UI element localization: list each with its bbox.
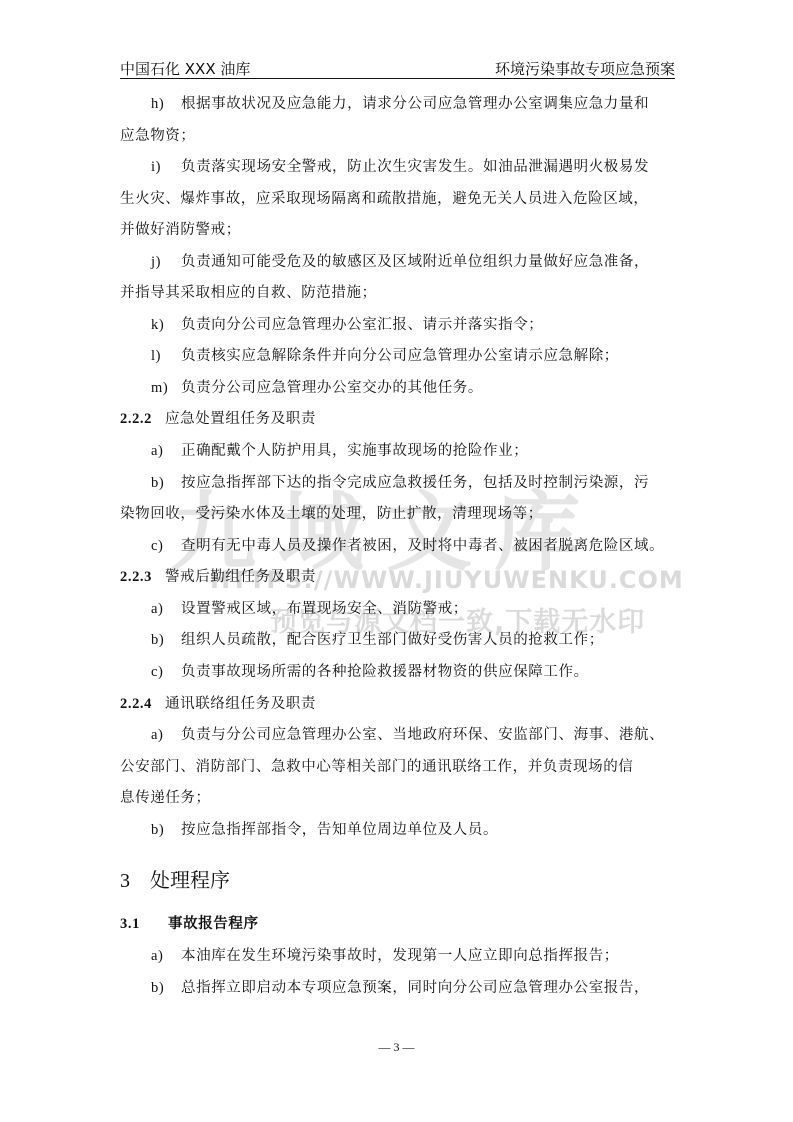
item-label: c) — [151, 536, 181, 556]
item-label: a) — [151, 946, 181, 966]
list-item-l: l)负责核实应急解除条件并向分公司应急管理办公室请示应急解除； — [151, 346, 711, 366]
list-item-continuation: 应急物资； — [120, 126, 680, 146]
item-text: 染物回收，受污染水体及土壤的处理，防止扩散，清理现场等； — [120, 506, 543, 522]
item-text: 按应急指挥部指令，告知单位周边单位及人员。 — [181, 822, 498, 838]
item-label: a) — [151, 441, 181, 461]
item-label: b) — [151, 978, 181, 998]
section-title: 应急处置组任务及职责 — [165, 411, 316, 427]
section-title: 处理程序 — [150, 868, 230, 892]
section-number: 3.1 — [120, 914, 152, 934]
header-document-title: 环境污染事故专项应急预案 — [495, 58, 675, 79]
item-label: k) — [151, 315, 181, 335]
item-label: a) — [151, 599, 181, 619]
page-header: 中国石化 XXX 油库 环境污染事故专项应急预案 — [120, 56, 675, 79]
item-label: j) — [151, 252, 181, 272]
item-text: 组织人员疏散，配合医疗卫生部门做好受伤害人员的抢救工作； — [181, 632, 604, 648]
list-item-b: b)按应急指挥部下达的指令完成应急救援任务，包括及时控制污染源，污 — [151, 473, 711, 493]
item-label: a) — [151, 725, 181, 745]
list-item-c: c)负责事故现场所需的各种抢险救援器材物资的供应保障工作。 — [151, 662, 711, 682]
item-label: b) — [151, 630, 181, 650]
item-text: 应急物资； — [120, 128, 196, 144]
item-text: 正确配戴个人防护用具，实施事故现场的抢险作业； — [181, 443, 528, 459]
item-text: 公安部门、消防部门、急救中心等相关部门的通讯联络工作，并负责现场的信 — [120, 759, 633, 775]
list-item-continuation: 并指导其采取相应的自救、防范措施； — [120, 283, 680, 303]
item-text: 负责落实现场安全警戒，防止次生灾害发生。如油品泄漏遇明火极易发 — [181, 159, 649, 175]
list-item-c: c)查明有无中毒人员及操作者被困，及时将中毒者、被困者脱离危险区域。 — [151, 536, 711, 556]
item-label: m) — [151, 378, 181, 398]
item-text: 查明有无中毒人员及操作者被困，及时将中毒者、被困者脱离危险区域。 — [181, 538, 664, 554]
section-title: 警戒后勤组任务及职责 — [165, 569, 316, 585]
list-item-m: m)负责分公司应急管理办公室交办的其他任务。 — [151, 378, 711, 398]
item-text: 负责分公司应急管理办公室交办的其他任务。 — [181, 380, 483, 396]
item-label: l) — [151, 346, 181, 366]
list-item-a: a)本油库在发生环境污染事故时，发现第一人应立即向总指挥报告； — [151, 946, 711, 966]
section-heading-3: 3处理程序 — [120, 864, 230, 893]
list-item-a: a)负责与分公司应急管理办公室、当地政府环保、安监部门、海事、港航、 — [151, 725, 711, 745]
item-text: 并做好消防警戒； — [120, 222, 241, 238]
subsection-heading-3-1: 3.1事故报告程序 — [120, 914, 680, 934]
item-label: i) — [151, 157, 181, 177]
list-item-k: k)负责向分公司应急管理办公室汇报、请示并落实指令； — [151, 315, 711, 335]
item-text: 并指导其采取相应的自救、防范措施； — [120, 285, 377, 301]
list-item-continuation: 生火灾、爆炸事故，应采取现场隔离和疏散措施，避免无关人员进入危险区域， — [120, 189, 680, 209]
subsection-heading-2-2-2: 2.2.2应急处置组任务及职责 — [120, 409, 680, 429]
item-text: 息传递任务； — [120, 790, 211, 806]
item-text: 本油库在发生环境污染事故时，发现第一人应立即向总指挥报告； — [181, 948, 619, 964]
page-number: — 3 — — [0, 1040, 793, 1055]
list-item-b: b)按应急指挥部指令，告知单位周边单位及人员。 — [151, 820, 711, 840]
item-text: 生火灾、爆炸事故，应采取现场隔离和疏散措施，避免无关人员进入危险区域， — [120, 191, 649, 207]
item-text: 负责向分公司应急管理办公室汇报、请示并落实指令； — [181, 317, 543, 333]
item-label: h) — [151, 94, 181, 114]
header-organization: 中国石化 XXX 油库 — [120, 58, 250, 79]
list-item-i: i)负责落实现场安全警戒，防止次生灾害发生。如油品泄漏遇明火极易发 — [151, 157, 711, 177]
list-item-b: b)总指挥立即启动本专项应急预案，同时向分公司应急管理办公室报告， — [151, 978, 711, 998]
list-item-a: a)设置警戒区域，布置现场安全、消防警戒； — [151, 599, 711, 619]
section-title: 通讯联络组任务及职责 — [165, 696, 316, 712]
item-label: b) — [151, 820, 181, 840]
item-label: c) — [151, 662, 181, 682]
subsection-heading-2-2-4: 2.2.4通讯联络组任务及职责 — [120, 694, 680, 714]
list-item-continuation: 并做好消防警戒； — [120, 220, 680, 240]
item-text: 负责事故现场所需的各种抢险救援器材物资的供应保障工作。 — [181, 664, 589, 680]
list-item-continuation: 公安部门、消防部门、急救中心等相关部门的通讯联络工作，并负责现场的信 — [120, 757, 680, 777]
list-item-j: j)负责通知可能受危及的敏感区及区域附近单位组织力量做好应急准备， — [151, 252, 711, 272]
list-item-h: h)根据事故状况及应急能力，请求分公司应急管理办公室调集应急力量和 — [151, 94, 711, 114]
item-text: 设置警戒区域，布置现场安全、消防警戒； — [181, 601, 468, 617]
list-item-continuation: 息传递任务； — [120, 788, 680, 808]
item-text: 按应急指挥部下达的指令完成应急救援任务，包括及时控制污染源，污 — [181, 475, 649, 491]
item-text: 负责核实应急解除条件并向分公司应急管理办公室请示应急解除； — [181, 348, 619, 364]
item-text: 总指挥立即启动本专项应急预案，同时向分公司应急管理办公室报告， — [181, 980, 649, 996]
item-text: 负责通知可能受危及的敏感区及区域附近单位组织力量做好应急准备， — [181, 254, 649, 270]
section-number: 2.2.2 — [120, 409, 155, 429]
section-number: 2.2.3 — [120, 567, 155, 587]
item-text: 根据事故状况及应急能力，请求分公司应急管理办公室调集应急力量和 — [181, 96, 649, 112]
item-text: 负责与分公司应急管理办公室、当地政府环保、安监部门、海事、港航、 — [181, 727, 664, 743]
list-item-b: b)组织人员疏散，配合医疗卫生部门做好受伤害人员的抢救工作； — [151, 630, 711, 650]
subsection-heading-2-2-3: 2.2.3警戒后勤组任务及职责 — [120, 567, 680, 587]
section-number: 3 — [120, 870, 150, 893]
section-title: 事故报告程序 — [168, 915, 259, 932]
section-number: 2.2.4 — [120, 694, 155, 714]
item-label: b) — [151, 473, 181, 493]
list-item-a: a)正确配戴个人防护用具，实施事故现场的抢险作业； — [151, 441, 711, 461]
list-item-continuation: 染物回收，受污染水体及土壤的处理，防止扩散，清理现场等； — [120, 504, 680, 524]
